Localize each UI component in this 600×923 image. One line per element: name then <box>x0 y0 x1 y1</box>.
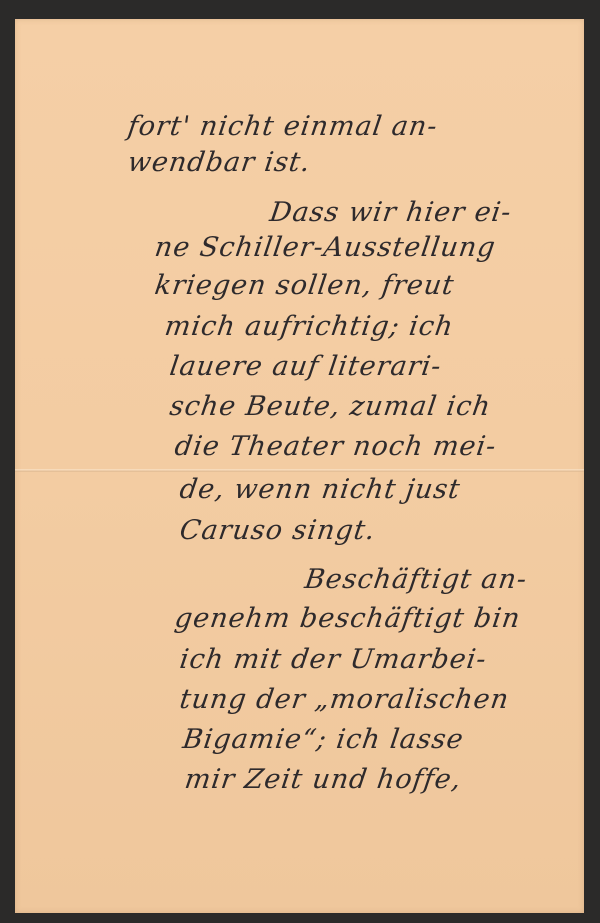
handwritten-line: die Theater noch mei- <box>173 431 499 462</box>
handwritten-line: mich aufrichtig; ich <box>163 311 456 342</box>
handwritten-line: mir Zeit und hoffe, <box>183 764 464 795</box>
handwritten-line: de, wenn nicht just <box>178 474 463 505</box>
handwritten-line: ich mit der Umarbei- <box>178 644 489 675</box>
handwritten-line: Dass wir hier ei- <box>268 197 514 228</box>
handwritten-line: Bigamie“; ich lasse <box>181 724 466 755</box>
handwritten-line: kriegen sollen, freut <box>153 270 457 301</box>
handwritten-line: Caruso singt. <box>178 515 378 546</box>
handwritten-line: wendbar ist. <box>126 147 313 178</box>
handwritten-line: genehm beschäftigt bin <box>173 603 523 634</box>
handwritten-line: Beschäftigt an- <box>303 564 529 595</box>
letter-page: fort' nicht einmal an- wendbar ist. Dass… <box>15 19 584 913</box>
handwritten-line: ne Schiller-Ausstellung <box>153 232 498 263</box>
handwritten-line: tung der „moralischen <box>178 684 511 715</box>
paper-fold-crease <box>15 469 584 472</box>
handwritten-line: sche Beute, zumal ich <box>168 391 493 422</box>
handwritten-line: fort' nicht einmal an- <box>126 111 440 142</box>
handwritten-line: lauere auf literari- <box>168 351 444 382</box>
